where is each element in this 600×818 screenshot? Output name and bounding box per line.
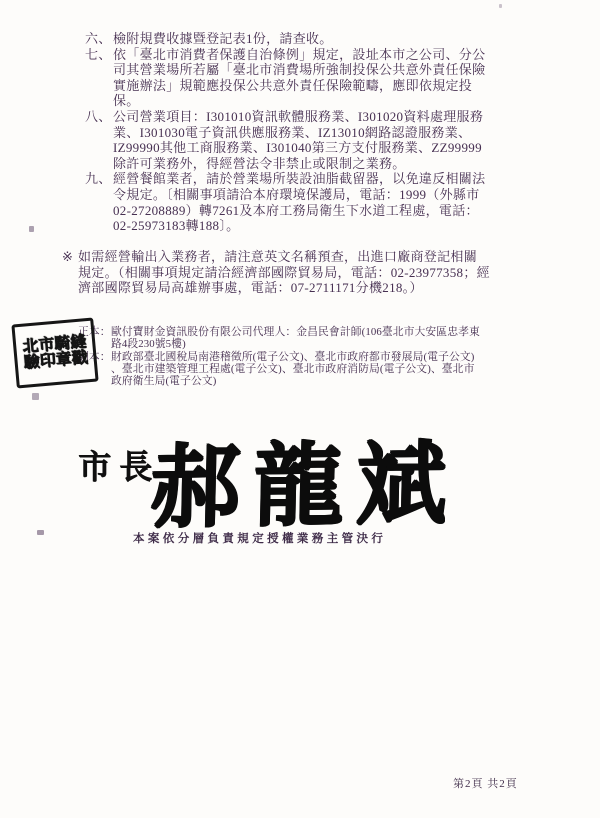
authorization-note: 本案依分層負責規定授權業務主管決行 bbox=[133, 530, 386, 546]
clause-text: 檢附規費收據暨登記表1份，請查收。 bbox=[113, 31, 547, 47]
clause-item-7: 七、 依「臺北市消費者保護自治條例」規定，設址本市之公司、分公 司其營業場所若屬… bbox=[85, 47, 547, 109]
clause-number: 八、 bbox=[85, 109, 113, 125]
scanned-official-letter-page: { "document": { "colors": { "paper": "#f… bbox=[0, 0, 600, 818]
clause-number: 六、 bbox=[85, 31, 113, 47]
scan-speck bbox=[37, 530, 44, 535]
copy-recipient-text: 財政部臺北國稅局南港稽徵所(電子公文)、臺北市政府都市發展局(電子公文) 、臺北… bbox=[111, 351, 474, 388]
mayor-title: 市長 bbox=[78, 441, 160, 488]
clause-list: 六、 檢附規費收據暨登記表1份，請查收。 七、 依「臺北市消費者保護自治條例」規… bbox=[85, 31, 547, 234]
scan-speck bbox=[499, 4, 502, 8]
original-recipient-text: 歐付寶財金資訊股份有限公司代理人：金昌民會計師(106臺北市大安區忠孝東 路4段… bbox=[111, 326, 480, 351]
clause-item-8: 八、 公司營業項目：I301010資訊軟體服務業、I301020資料處理服務 業… bbox=[85, 109, 547, 171]
mayor-signature-calligraphy: 郝龍斌 bbox=[149, 410, 461, 544]
clause-item-6: 六、 檢附規費收據暨登記表1份，請查收。 bbox=[85, 31, 547, 47]
reference-mark: ※ bbox=[62, 249, 78, 296]
clause-item-9: 九、 經營餐館業者，請於營業場所裝設油脂截留器，以免違反相關法 令規定。〔相關事… bbox=[85, 171, 547, 233]
clause-number: 九、 bbox=[85, 171, 113, 187]
original-recipient-row: 正本： 歐付寶財金資訊股份有限公司代理人：金昌民會計師(106臺北市大安區忠孝東… bbox=[78, 326, 583, 351]
clause-text: 依「臺北市消費者保護自治條例」規定，設址本市之公司、分公 司其營業場所若屬「臺北… bbox=[113, 47, 547, 109]
stamp-text-row: 驗印章戳 bbox=[23, 350, 88, 372]
export-note-text: 如需經營輸出入業務者，請注意英文名稱預查，出進口廠商登記相關 規定。（相關事項規… bbox=[78, 249, 490, 296]
clause-number: 七、 bbox=[85, 47, 113, 63]
clause-text: 公司營業項目：I301010資訊軟體服務業、I301020資料處理服務 業、I3… bbox=[113, 109, 547, 171]
export-business-note: ※ 如需經營輸出入業務者，請注意英文名稱預查，出進口廠商登記相關 規定。（相關事… bbox=[62, 249, 554, 296]
copy-recipient-row: 副本： 財政部臺北國稅局南港稽徵所(電子公文)、臺北市政府都市發展局(電子公文)… bbox=[78, 351, 583, 388]
clause-text: 經營餐館業者，請於營業場所裝設油脂截留器，以免違反相關法 令規定。〔相關事項請洽… bbox=[113, 171, 547, 233]
official-seal-stamp: 北市騎縫 驗印章戳 bbox=[11, 318, 98, 389]
scan-speck bbox=[32, 393, 39, 400]
recipients-block: 正本： 歐付寶財金資訊股份有限公司代理人：金昌民會計師(106臺北市大安區忠孝東… bbox=[78, 326, 583, 387]
scan-speck bbox=[29, 226, 34, 232]
page-number: 第2頁 共2頁 bbox=[453, 775, 518, 791]
